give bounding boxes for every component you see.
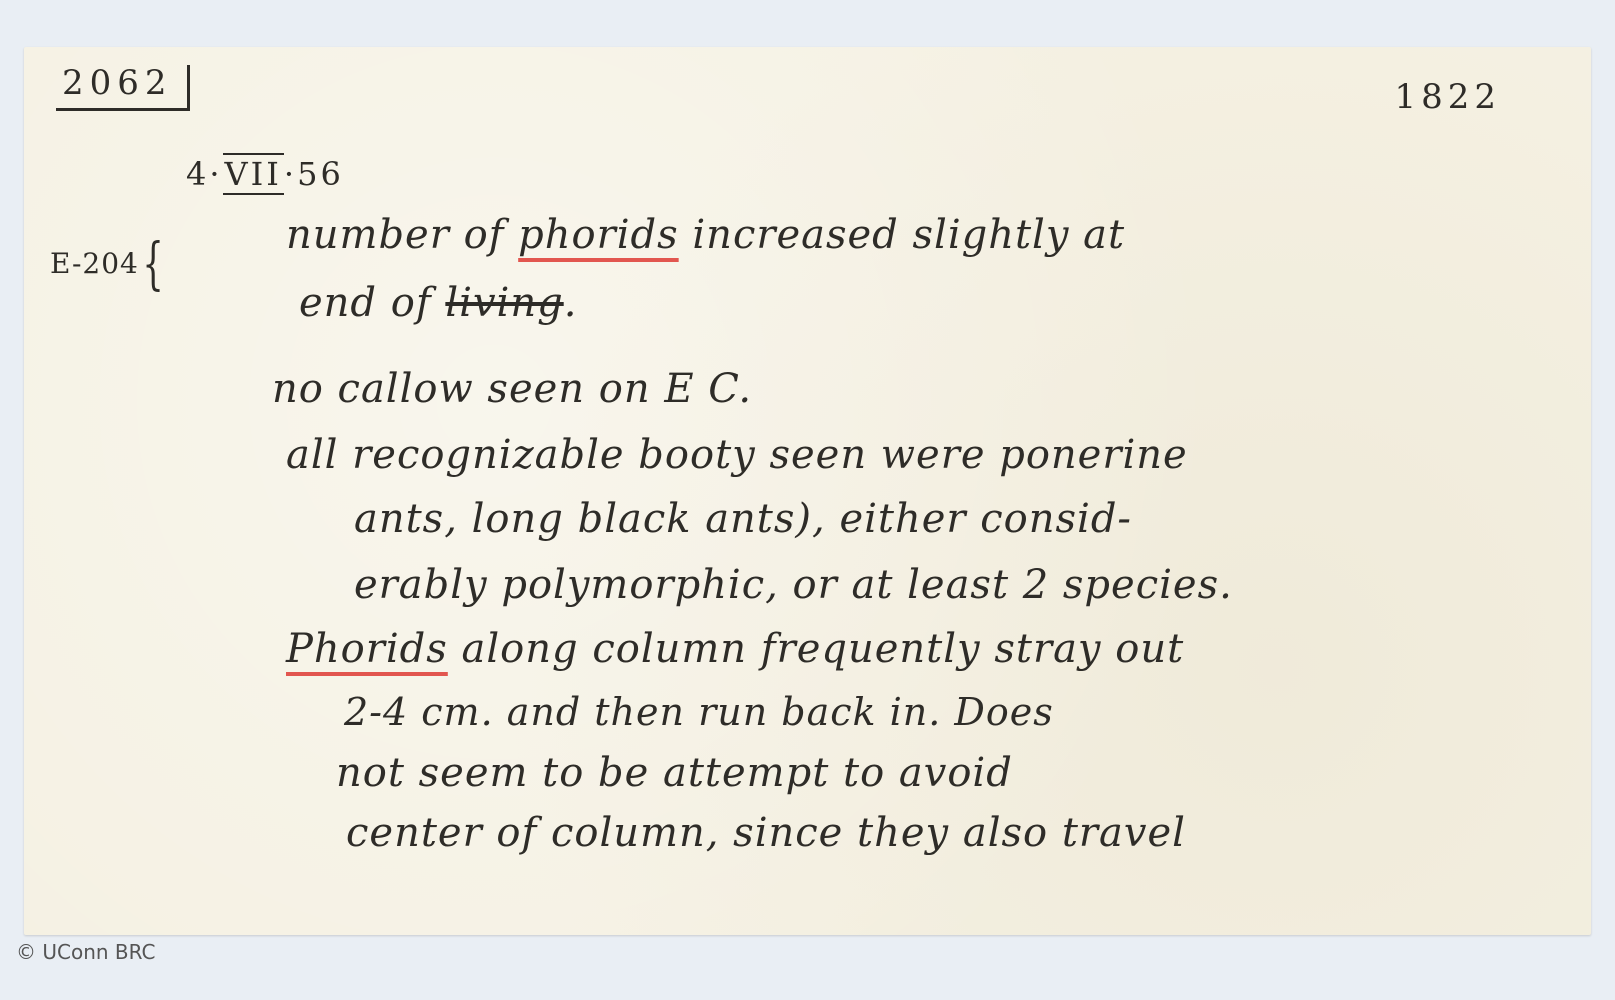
colony-ref-label: E-204 [50, 247, 139, 280]
note-line: no callow seen on E C. [272, 369, 752, 409]
entry-date: 4·VII·56 [186, 155, 344, 193]
note-line: ants, long black ants), either consid- [354, 499, 1132, 539]
note-text: increased slightly at [679, 212, 1125, 258]
note-line: number of phorids increased slightly at [286, 215, 1125, 255]
page-number: 1822 [1394, 77, 1501, 117]
copyright-notice: © UConn BRC [16, 940, 156, 964]
note-text: end of [299, 280, 445, 326]
red-underlined-word: phorids [518, 212, 679, 258]
note-line: erably polymorphic, or at least 2 specie… [354, 565, 1233, 605]
date-separator: · [209, 155, 222, 193]
date-year: 56 [297, 155, 344, 193]
colony-reference: E-204{ [50, 243, 172, 288]
card-number: 2062 [56, 65, 190, 111]
note-line: all recognizable booty seen were ponerin… [286, 435, 1188, 475]
note-line: end of living. [299, 283, 577, 323]
note-line: Phorids along column frequently stray ou… [286, 629, 1184, 669]
note-text: number of [286, 212, 518, 258]
note-line: 2-4 cm. and then run back in. Does [344, 693, 1054, 731]
note-text: along column frequently stray out [448, 626, 1184, 672]
note-line: not seem to be attempt to avoid [336, 753, 1013, 793]
date-day: 4 [186, 155, 209, 193]
curly-brace-icon: { [142, 243, 164, 288]
date-month: VII [223, 153, 284, 195]
note-line: center of column, since they also travel [346, 813, 1186, 853]
index-card: 2062 1822 4·VII·56 E-204{ number of phor… [24, 47, 1591, 935]
note-text: . [564, 280, 578, 326]
date-separator: · [284, 155, 297, 193]
struck-word: living [445, 280, 563, 326]
red-underlined-word: Phorids [286, 626, 448, 672]
